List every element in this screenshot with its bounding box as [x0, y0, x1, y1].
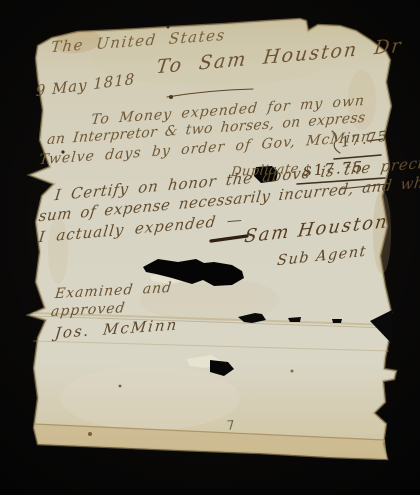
paper-artwork	[0, 0, 420, 495]
photographed-document: The United States To Sam Houston Dr 9 Ma…	[0, 0, 420, 495]
